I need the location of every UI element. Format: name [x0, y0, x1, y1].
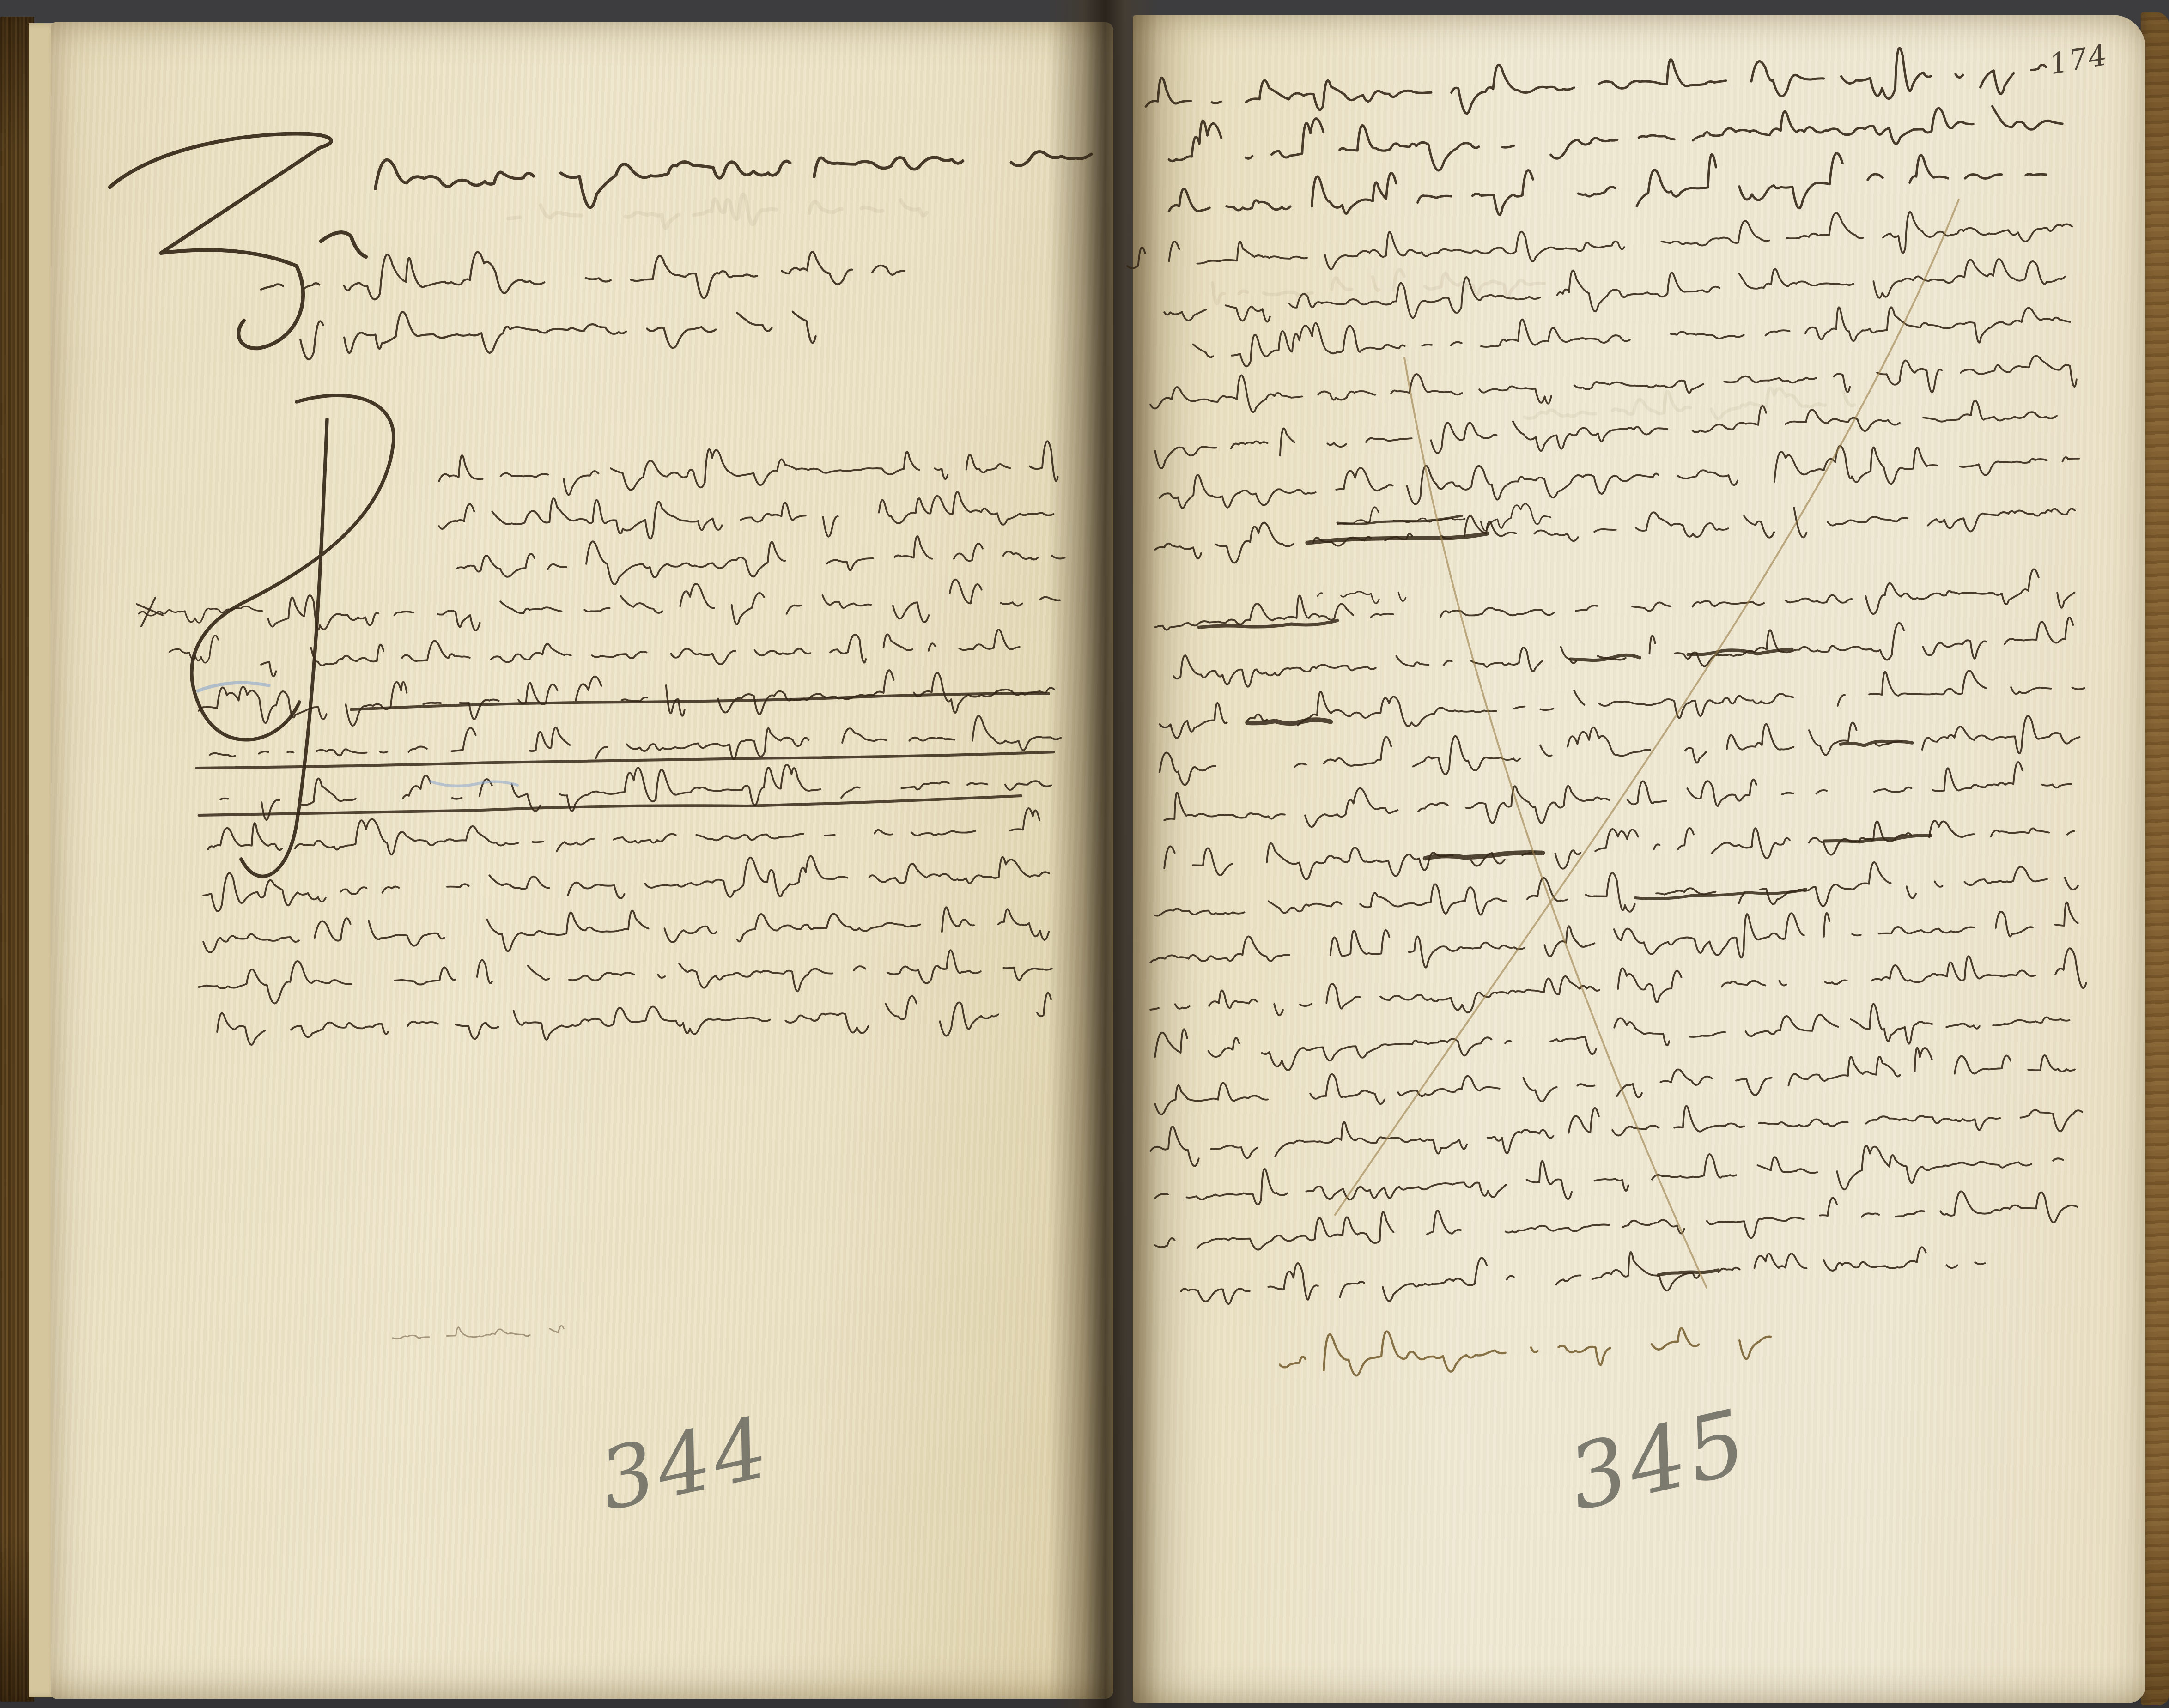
- handwritten-line: [1167, 88, 2063, 181]
- handwritten-line: [1524, 384, 1854, 426]
- strikethrough-stroke: [1824, 835, 1931, 843]
- large-initial-letter: [192, 395, 394, 876]
- handwritten-line: [1149, 902, 2079, 981]
- strikethrough-stroke: [1337, 516, 1462, 525]
- handwritten-line: [1163, 758, 2072, 837]
- handwritten-line: [456, 532, 1065, 588]
- handwritten-line: [1278, 1312, 1788, 1381]
- handwritten-line: [1149, 1089, 2083, 1168]
- cancellation-stroke-2: [1404, 358, 1707, 1288]
- strikethrough-stroke: [1841, 740, 1912, 747]
- handwritten-line: [1154, 854, 2078, 932]
- handwritten-line: [1154, 491, 2076, 566]
- handwritten-line: [1154, 1138, 2081, 1216]
- handwritten-line: [300, 301, 816, 360]
- handwritten-line: [261, 628, 1058, 677]
- handwritten-line: [393, 1325, 581, 1339]
- left-page-handwriting: [139, 129, 1093, 1339]
- strikethrough-stroke: [197, 750, 1054, 771]
- handwritten-line: [203, 851, 1050, 912]
- handwritten-line: [1159, 437, 2080, 514]
- handwritten-line: [1159, 662, 2085, 739]
- manuscript-book-photo: 174 344 345: [0, 0, 2169, 1708]
- handwritten-line: [1126, 204, 2073, 283]
- handwritten-line: [1149, 948, 2086, 1025]
- handwritten-line: [1145, 42, 2047, 127]
- handwritten-line: [267, 576, 1060, 636]
- heading-initial-flourish: [110, 134, 366, 349]
- handwritten-line: [1154, 994, 2086, 1075]
- handwritten-line: [1154, 394, 2076, 469]
- handwritten-line: [1318, 585, 1422, 606]
- right-page-handwriting: [1126, 42, 2086, 1382]
- handwriting-ink-layer: [0, 0, 2169, 1708]
- handwritten-line: [198, 759, 1051, 822]
- handwritten-line: [1180, 1236, 2006, 1309]
- strikethrough-stroke: [1307, 533, 1488, 544]
- handwritten-line: [198, 945, 1052, 1005]
- cancellation-stroke-1: [1335, 200, 1959, 1215]
- handwritten-line: [1154, 1042, 2075, 1118]
- strikethrough-stroke: [351, 692, 1049, 709]
- handwritten-line: [1163, 252, 2066, 328]
- ink-decorations: [110, 134, 1959, 1288]
- handwritten-line: [139, 606, 262, 624]
- handwritten-line: [1192, 294, 2071, 373]
- handwritten-line: [508, 190, 927, 231]
- strikethrough-stroke: [1247, 719, 1331, 725]
- handwritten-line: [1480, 503, 1551, 531]
- strikethrough-stroke: [199, 796, 1021, 818]
- handwritten-line: [1159, 709, 2080, 786]
- handwritten-line: [1163, 812, 2075, 885]
- blue-pencil-mark-2: [431, 781, 517, 786]
- handwritten-line: [1154, 566, 2075, 642]
- blue-pencil-mark-1: [198, 683, 269, 691]
- handwritten-line: [203, 902, 1049, 958]
- handwritten-line: [438, 441, 1058, 498]
- handwritten-line: [1173, 616, 2074, 690]
- handwritten-line: [1212, 262, 1589, 309]
- handwritten-line: [438, 488, 1054, 545]
- handwritten-line: [198, 667, 1054, 729]
- strikethrough-stroke: [1570, 654, 1640, 661]
- handwritten-line: [196, 714, 1061, 771]
- strikethrough-stroke: [1425, 852, 1543, 859]
- handwritten-line: [1337, 503, 1465, 525]
- handwritten-line: [374, 129, 1093, 217]
- handwritten-line: [217, 993, 1052, 1051]
- handwritten-line: [1154, 1186, 2078, 1261]
